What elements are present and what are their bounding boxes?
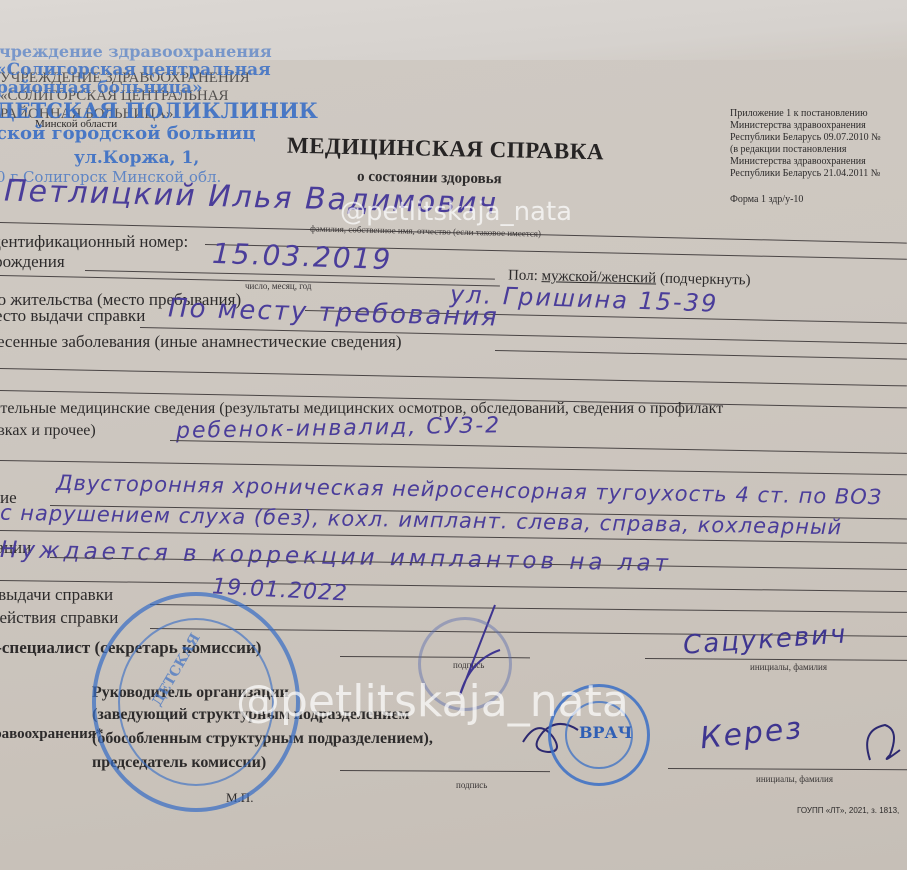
stamp-line-1: Учреждение здравоохранения [0,42,272,61]
legal-note-line-1: Приложение 1 к постановлению [730,108,868,120]
printer-footer: ГОУПП «ЛТ», 2021, з. 1813, [797,806,899,815]
legal-note-line-3: Республики Беларусь 09.07.2010 № [730,132,881,143]
validity-label: Срок действия справки [0,608,118,628]
stamp-line-3: районная больница» [0,78,203,98]
head-signature-hint: подпись [456,780,487,790]
head-left-margin: здравоохранения* [0,690,103,743]
birth-date-hint: число, месяц, год [245,281,311,291]
stamp-line-6: ул.Коржа, 1, [74,148,199,168]
legal-note-line-5: Министерства здравоохранения [730,156,866,167]
issue-date-label: Дата выдачи справки [0,585,113,605]
stamp-line-2: «Солигорская центральная [0,60,271,80]
legal-note-line-2: Министерства здравоохранения [730,120,866,131]
birth-date-label: Дата рождения [0,252,65,272]
issue-place-label: Место выдачи справки [0,306,145,326]
head-name-hint: инициалы, фамилия [756,774,833,784]
legal-note-line-4: (в редакции постановления [730,144,846,155]
watermark-top: @petlitskaja_nata [340,197,572,227]
id-number-label: Идентификационный номер: [0,232,188,252]
additional-info-label-2: прививках и прочее) [0,422,96,440]
watermark-bottom: @petlitskaja_nata [236,676,629,727]
legal-note-line-6: Республики Беларусь 21.04.2011 № [730,168,880,179]
stamp-line-5: ской городской больниц [0,123,256,144]
form-code: Форма 1 здр/у-10 [730,194,803,205]
stamp-line-4: ДЕТСКАЯ ПОЛИКЛИНИК [0,98,318,123]
specialist-name-hint: инициалы, фамилия [750,662,827,672]
sex-note: (подчеркнуть) [660,271,751,289]
past-diseases-label: Перенесенные заболевания (иные анамнести… [0,332,402,352]
head-signature-trail [860,710,907,770]
head-left-margin-1: здравоохранения* [0,726,103,743]
birth-date-value: 15.03.2019 [211,237,392,276]
